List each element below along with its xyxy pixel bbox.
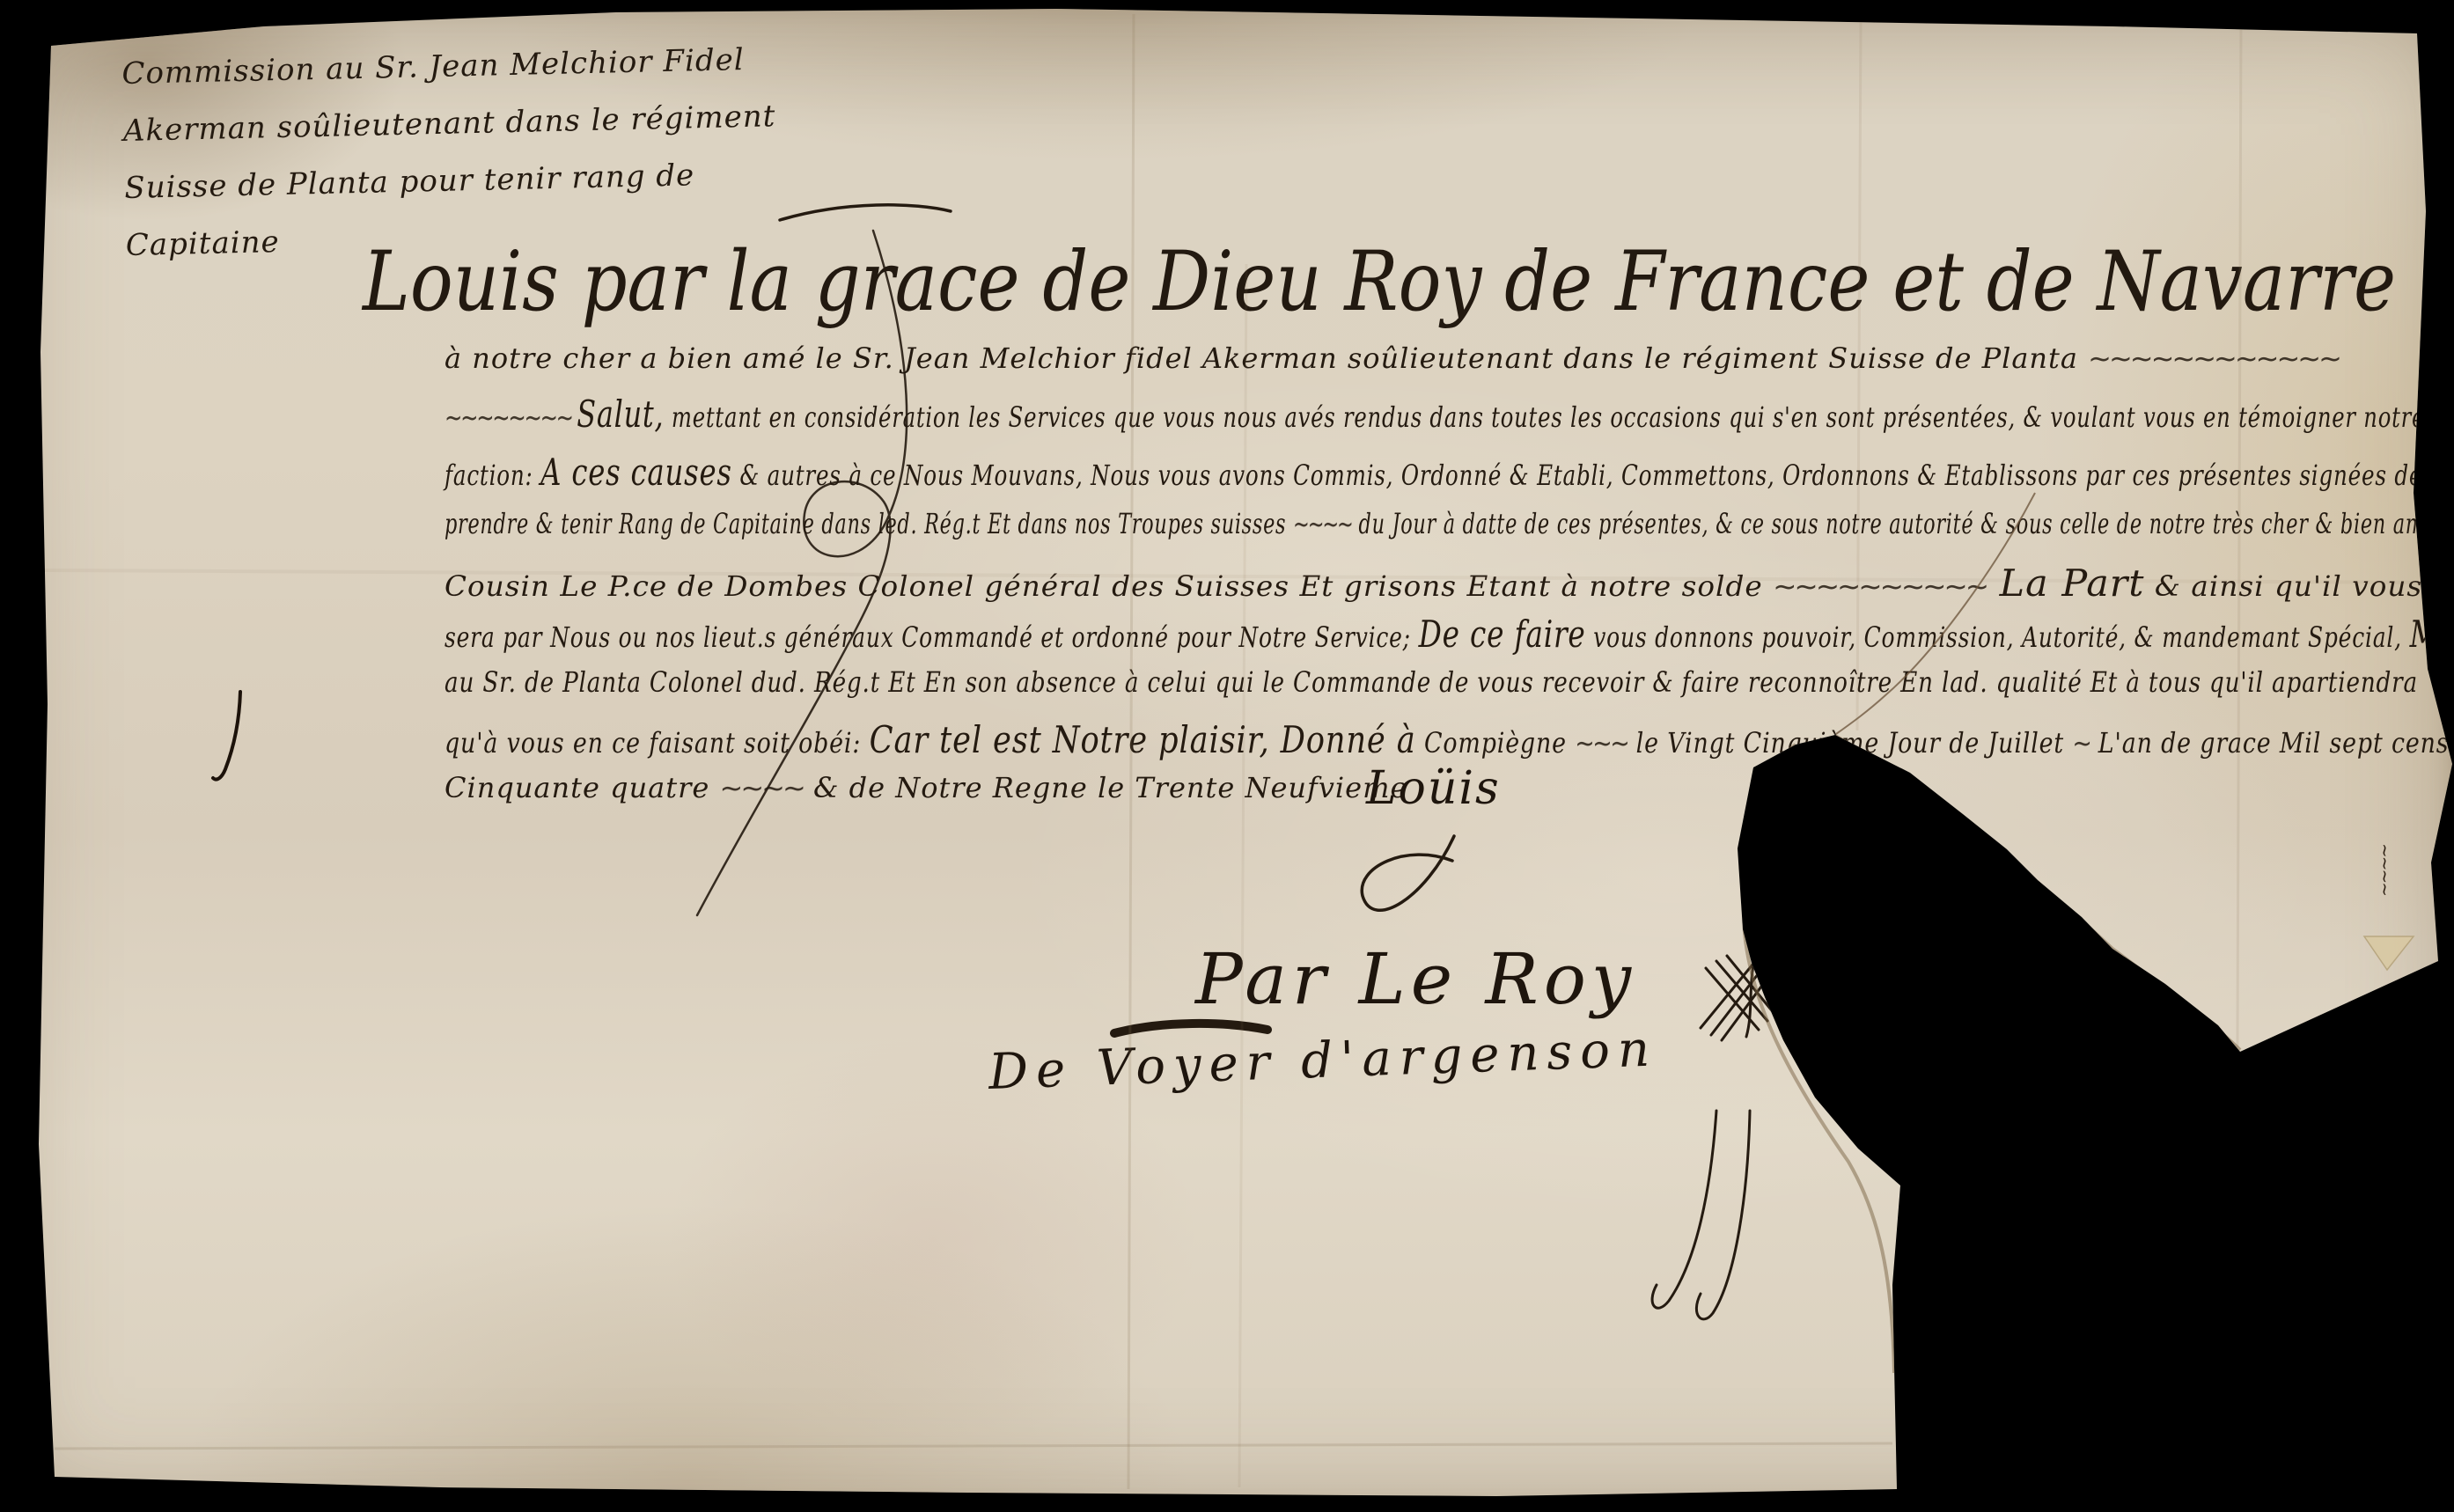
body-line: à notre cher a bien amé le Sr. Jean Melc… bbox=[445, 341, 2340, 375]
filler-squiggle: ~~~~~~~~~~~~ bbox=[2088, 341, 2340, 375]
tear-edge-shading bbox=[1835, 736, 2240, 1050]
countersign-underline bbox=[1114, 1024, 1267, 1033]
body-text-segment: & de Notre Regne le Trente Neufvieme bbox=[804, 771, 1408, 804]
body-text-segment: Compiègne bbox=[1416, 726, 1576, 760]
tear-edge-shading bbox=[1744, 745, 1894, 1373]
countersign-descender bbox=[1696, 1111, 1750, 1319]
body-text-segment: mettant en considération les Services qu… bbox=[664, 400, 2454, 434]
body-text-segment: au Sr. de Planta Colonel dud. Rég.t Et E… bbox=[445, 665, 2418, 699]
countersign-descender bbox=[1652, 1111, 1716, 1308]
parchment: Commission au Sr. Jean Melchior Fidel Ak… bbox=[0, 0, 2454, 1512]
filler-squiggle: ~~~~~~~~ bbox=[445, 400, 577, 434]
body-text-segment: La Part bbox=[1987, 561, 2145, 605]
body-text-segment: à notre cher a bien amé le Sr. Jean Melc… bbox=[445, 341, 2088, 375]
body-text-segment: qu'à vous en ce faisant soit obéi: bbox=[445, 726, 870, 760]
body-text-segment: Mandons bbox=[2410, 613, 2454, 656]
filler-squiggle: ~ bbox=[2072, 726, 2090, 760]
body-text-segment: A ces causes bbox=[540, 451, 732, 494]
scan-background: Commission au Sr. Jean Melchior Fidel Ak… bbox=[0, 0, 2454, 1512]
body-line: qu'à vous en ce faisant soit obéi: Car t… bbox=[445, 718, 2449, 761]
body-text-segment: Cinquante quatre bbox=[445, 771, 720, 804]
fold-crease-vertical bbox=[1239, 264, 1246, 1487]
edge-inscription: ~~~~ bbox=[2375, 843, 2396, 895]
royal-signature-paraph bbox=[1362, 836, 1454, 910]
body-text-segment: faction: bbox=[445, 459, 540, 492]
body-text-segment: le Vingt Cinquième Jour de Juillet bbox=[1627, 726, 2072, 760]
filler-squiggle: ~~~~ bbox=[1293, 507, 1352, 540]
countersign-label: Par Le Roy bbox=[1195, 938, 1636, 1020]
fold-crease-horizontal bbox=[55, 1443, 1892, 1449]
body-line: prendre & tenir Rang de Capitaine dans l… bbox=[445, 507, 2437, 540]
filler-squiggle: ~~~~ bbox=[720, 771, 804, 804]
margin-trailing-stroke bbox=[780, 205, 951, 220]
body-text-segment: Cousin Le P.ce de Dombes Colonel général… bbox=[445, 569, 1773, 603]
body-line: au Sr. de Planta Colonel dud. Rég.t Et E… bbox=[445, 665, 2418, 699]
body-text-segment: sera par Nous ou nos lieut.s généraux Co… bbox=[445, 620, 1419, 654]
body-text-segment: prendre & tenir Rang de Capitaine dans l… bbox=[445, 507, 1293, 540]
corner-fold-triangle bbox=[2364, 936, 2414, 970]
countersign-crosshatch bbox=[1701, 956, 1774, 1040]
body-text-segment: De ce faire bbox=[1419, 613, 1586, 656]
body-text-segment: Salut, bbox=[577, 393, 664, 436]
body-text-segment: & ainsi qu'il vous bbox=[2145, 569, 2423, 603]
body-text-segment: & autres à ce Nous Mouvans, Nous vous av… bbox=[732, 459, 2454, 492]
body-line: Cinquante quatre ~~~~ & de Notre Regne l… bbox=[445, 771, 1407, 804]
filler-squiggle: ~~~ bbox=[1575, 726, 1627, 760]
body-text-segment: du Jour à datte de ces présentes, & ce s… bbox=[1352, 507, 2437, 540]
body-text-segment: L'an de grace Mil sept cens bbox=[2090, 726, 2449, 760]
body-text-segment: Car tel est Notre plaisir, Donné à bbox=[870, 718, 1416, 761]
slit-tear bbox=[213, 692, 240, 780]
royal-signature: Loüis bbox=[1366, 762, 1501, 815]
body-line: sera par Nous ou nos lieut.s généraux Co… bbox=[445, 613, 2454, 656]
filler-squiggle: ~~~~~~~~~~ bbox=[1773, 569, 1987, 603]
body-line: Cousin Le P.ce de Dombes Colonel général… bbox=[445, 561, 2422, 605]
margin-note: Commission au Sr. Jean Melchior Fidel Ak… bbox=[121, 41, 779, 285]
body-line: faction: A ces causes & autres à ce Nous… bbox=[445, 451, 2454, 494]
body-line: ~~~~~~~~ Salut, mettant en considération… bbox=[445, 393, 2454, 436]
countersign-signature: De Voyer d'argenson bbox=[988, 1020, 1658, 1100]
body-text-segment: vous donnons pouvoir, Commission, Autori… bbox=[1586, 620, 2410, 654]
